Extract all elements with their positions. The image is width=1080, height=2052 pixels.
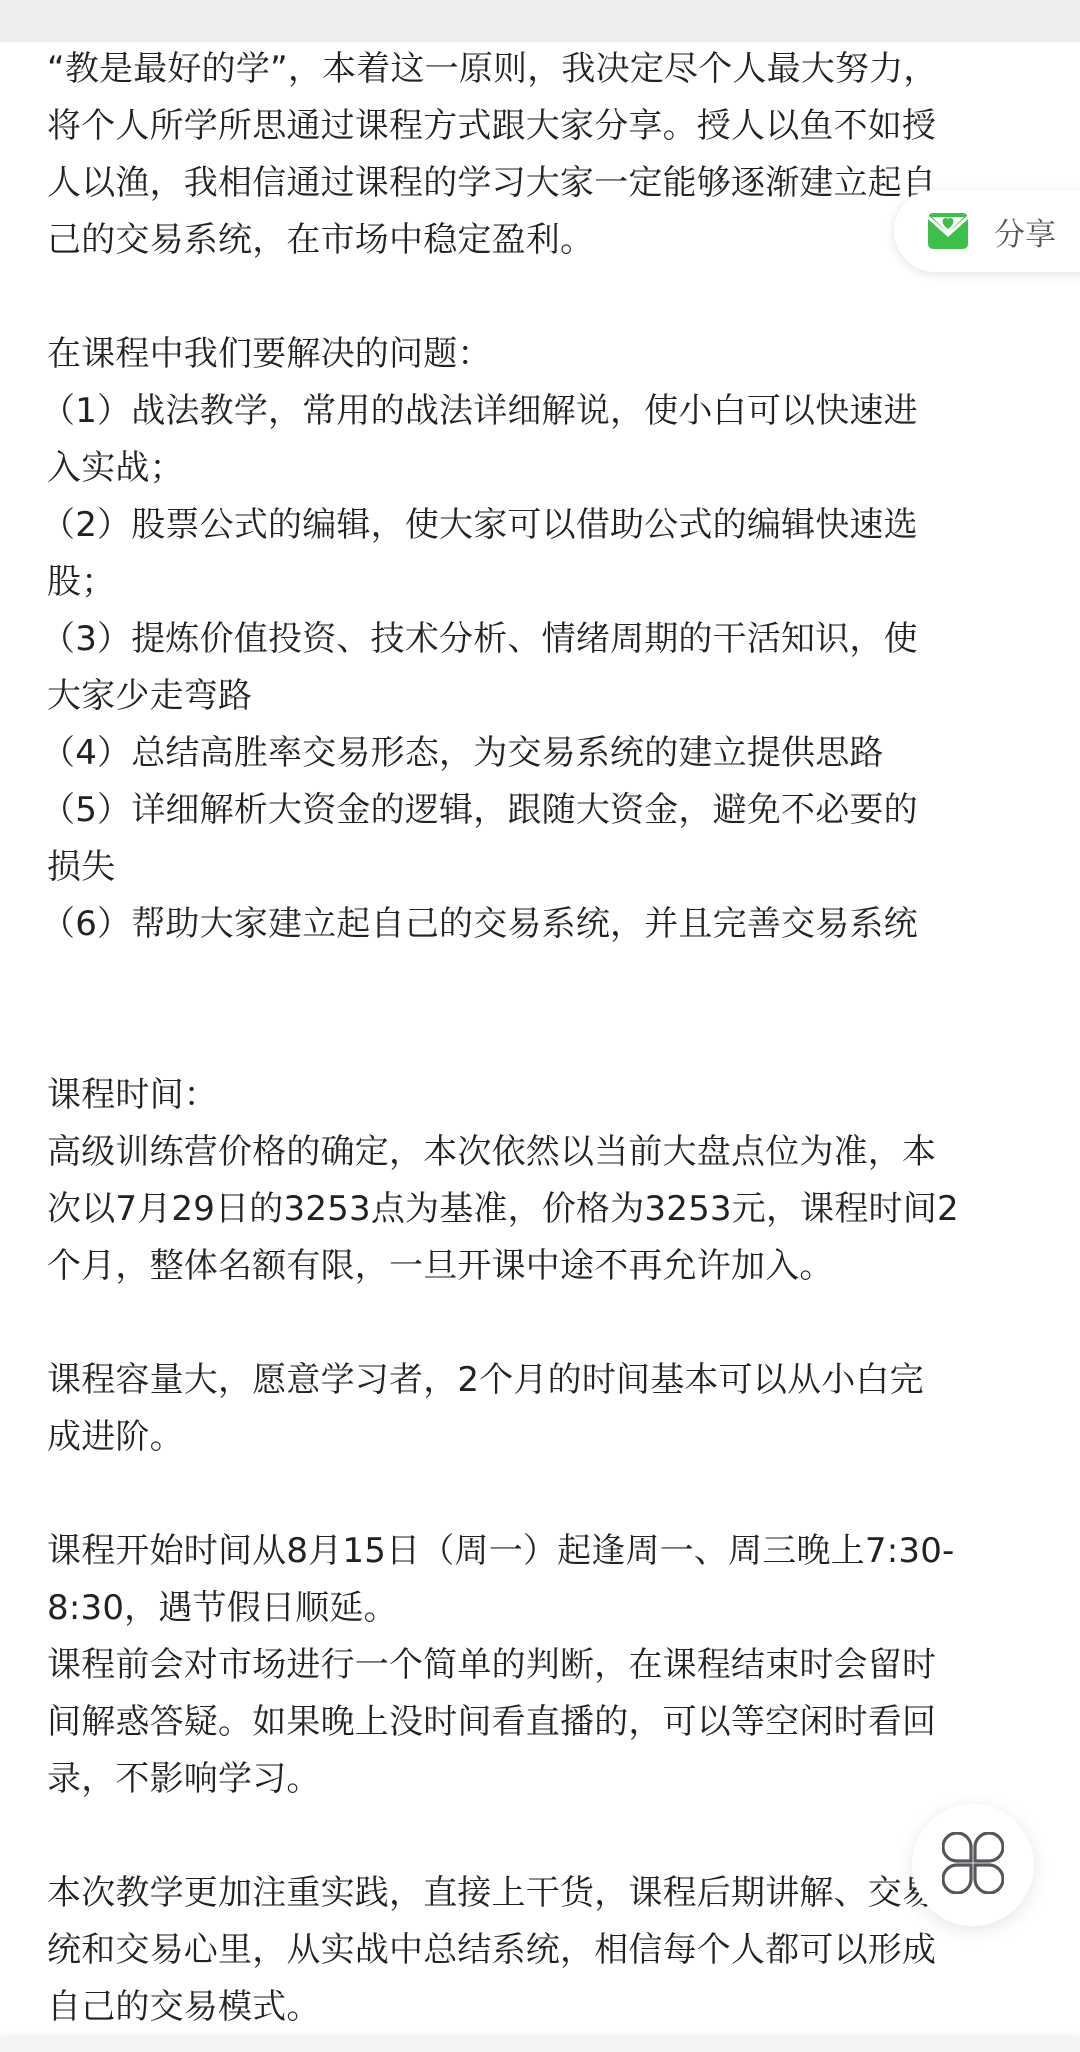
text-line: 损失 xyxy=(47,839,1037,896)
blank-line xyxy=(47,953,1037,1010)
text-line: 成进阶。 xyxy=(47,1409,1037,1466)
section-heading: 课程时间： xyxy=(47,1067,1037,1124)
top-bar xyxy=(0,0,1080,42)
text-line: 个月，整体名额有限，一旦开课中途不再允许加入。 xyxy=(47,1238,1037,1295)
text-line: 股； xyxy=(47,554,1037,611)
article-body: “教是最好的学”，本着这一原则，我决定尽个人最大努力， 将个人所学所思通过课程方… xyxy=(47,41,1037,2036)
text-line: 本次教学更加注重实践，直接上干货，课程后期讲解、交易系 xyxy=(47,1865,1037,1922)
bottom-bar xyxy=(0,2037,1080,2052)
text-line: 大家少走弯路 xyxy=(47,668,1037,725)
text-line: 课程容量大，愿意学习者，2个月的时间基本可以从小白完 xyxy=(47,1352,1037,1409)
text-line: 己的交易系统，在市场中稳定盈利。 xyxy=(47,212,1037,269)
text-line: 录，不影响学习。 xyxy=(47,1751,1037,1808)
share-button[interactable]: 分享 xyxy=(894,190,1080,272)
text-line: 将个人所学所思通过课程方式跟大家分享。授人以鱼不如授 xyxy=(47,98,1037,155)
text-line: “教是最好的学”，本着这一原则，我决定尽个人最大努力， xyxy=(47,41,1037,98)
blank-line xyxy=(47,269,1037,326)
text-line: 高级训练营价格的确定，本次依然以当前大盘点位为准，本 xyxy=(47,1124,1037,1181)
blank-line xyxy=(47,1295,1037,1352)
list-item: （1）战法教学，常用的战法详细解说，使小白可以快速进 xyxy=(47,383,1037,440)
text-line: 8:30，遇节假日顺延。 xyxy=(47,1580,1037,1637)
section-heading: 在课程中我们要解决的问题： xyxy=(47,326,1037,383)
list-item: （3）提炼价值投资、技术分析、情绪周期的干活知识，使 xyxy=(47,611,1037,668)
wechat-favorite-share-icon xyxy=(928,213,968,249)
list-item: （4）总结高胜率交易形态，为交易系统的建立提供思路 xyxy=(47,725,1037,782)
share-label: 分享 xyxy=(994,209,1056,254)
text-line: 自己的交易模式。 xyxy=(47,1979,1037,2036)
text-line: 人以渔，我相信通过课程的学习大家一定能够逐渐建立起自 xyxy=(47,155,1037,212)
text-line: 次以7月29日的3253点为基准，价格为3253元，课程时间2 xyxy=(47,1181,1037,1238)
text-line: 课程开始时间从8月15日（周一）起逢周一、周三晚上7:30- xyxy=(47,1523,1037,1580)
blank-line xyxy=(47,1466,1037,1523)
text-line: 间解惑答疑。如果晚上没时间看直播的，可以等空闲时看回 xyxy=(47,1694,1037,1751)
blank-line xyxy=(47,1010,1037,1067)
clover-menu-icon xyxy=(942,1832,1004,1898)
text-line: 课程前会对市场进行一个简单的判断，在课程结束时会留时 xyxy=(47,1637,1037,1694)
text-line: 入实战； xyxy=(47,440,1037,497)
blank-line xyxy=(47,1808,1037,1865)
floating-menu-button[interactable] xyxy=(912,1804,1034,1926)
list-item: （5）详细解析大资金的逻辑，跟随大资金，避免不必要的 xyxy=(47,782,1037,839)
list-item: （2）股票公式的编辑，使大家可以借助公式的编辑快速选 xyxy=(47,497,1037,554)
list-item: （6）帮助大家建立起自己的交易系统，并且完善交易系统 xyxy=(47,896,1037,953)
text-line: 统和交易心里，从实战中总结系统，相信每个人都可以形成 xyxy=(47,1922,1037,1979)
